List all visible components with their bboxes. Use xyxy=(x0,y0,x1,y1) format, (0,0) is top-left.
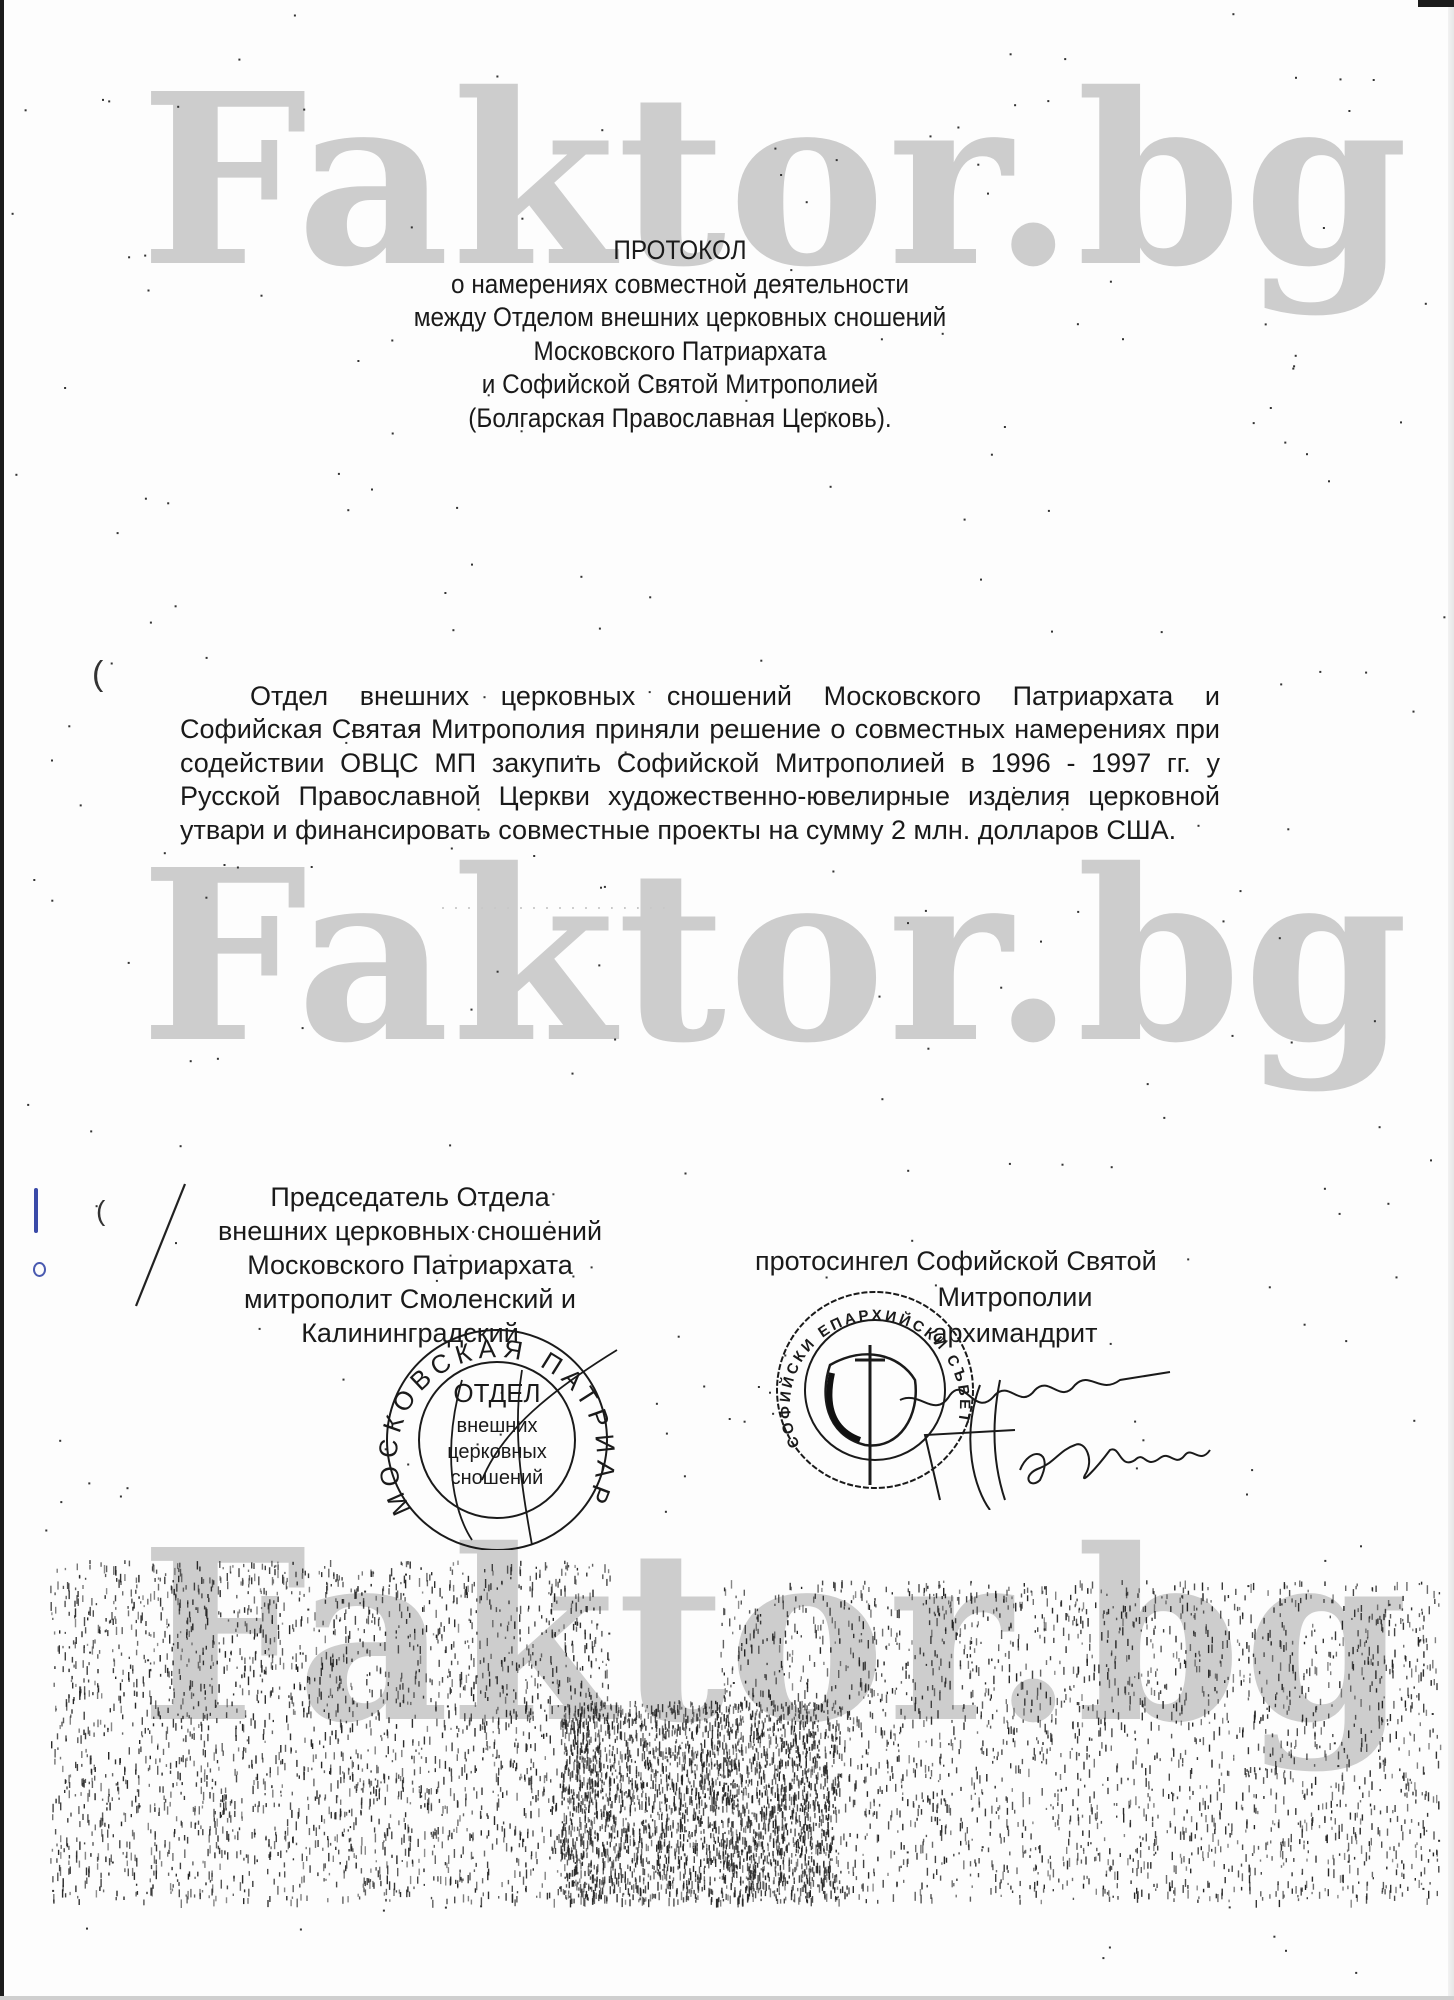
title-heading: ПРОТОКОЛ xyxy=(338,234,1022,268)
signatory-title: протосингел Софийской Святой xyxy=(755,1243,1275,1279)
signatory-title: внешних церковных сношений xyxy=(180,1214,640,1248)
margin-mark: ( xyxy=(92,655,103,694)
title-line: и Софийской Святой Митрополией xyxy=(338,368,1022,402)
title-line: о намерениях совместной деятельности xyxy=(338,268,1022,302)
signatory-title: Председатель Отдела xyxy=(180,1180,640,1214)
faint-bleed-through-text: · · · · · · · · · · · · · · · · · · xyxy=(440,897,668,918)
title-line: между Отделом внешних церковных сношений xyxy=(338,301,1022,335)
document-title: ПРОТОКОЛ о намерениях совместной деятель… xyxy=(338,234,1022,435)
ink-mark xyxy=(34,1188,38,1233)
document-page: ПРОТОКОЛ о намерениях совместной деятель… xyxy=(0,0,1454,2000)
svg-text:сношений: сношений xyxy=(451,1467,544,1489)
margin-mark: ( xyxy=(96,1195,105,1227)
title-line: Московского Патриархата xyxy=(338,335,1022,369)
title-line: (Болгарская Православная Церковь). xyxy=(338,402,1022,436)
ink-blot xyxy=(33,1262,46,1277)
signatory-title: Московского Патриархата xyxy=(180,1248,640,1282)
body-paragraph: Отдел внешних церковных сношений Московс… xyxy=(180,680,1220,847)
svg-text:ОТДЕЛ: ОТДЕЛ xyxy=(453,1378,540,1408)
handwritten-signature xyxy=(880,1350,1260,1510)
moscow-patriarchate-stamp: МОСКОВСКАЯ ПАТРИАРХИЯ ОТДЕЛ внешних церк… xyxy=(372,1310,622,1550)
pen-stroke xyxy=(130,1180,190,1310)
